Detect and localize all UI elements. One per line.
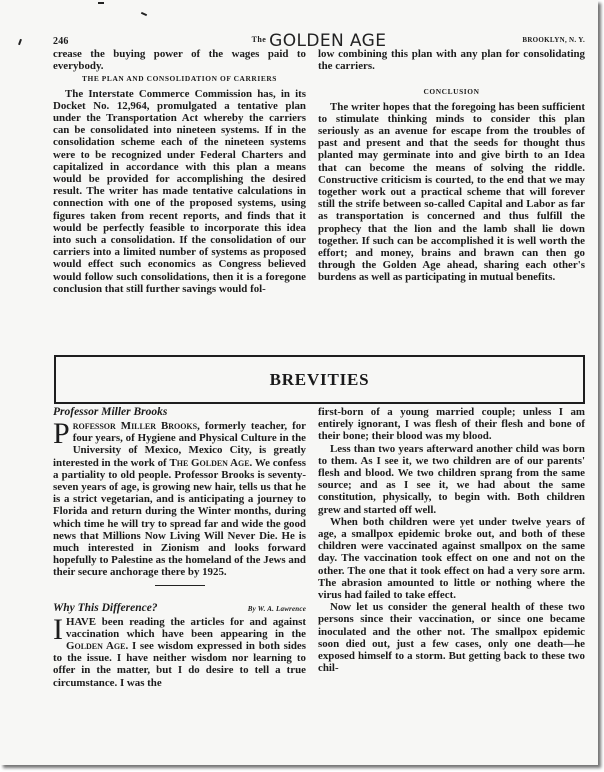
top-left-column: crease the buying power of the wages pai… [53, 48, 306, 295]
paragraph: The Interstate Commerce Commission has, … [53, 88, 306, 295]
continued-text: low combining this plan with any plan fo… [318, 48, 585, 72]
drop-cap: I [53, 617, 63, 642]
bottom-left-column: Professor Miller Brooks Professor Miller… [53, 406, 306, 689]
paragraph: first-born of a young married couple; un… [318, 406, 585, 443]
article-title: Professor Miller Brooks [53, 406, 306, 419]
bottom-right-column: first-born of a young married couple; un… [318, 406, 585, 674]
paragraph: The writer hopes that the foregoing has … [318, 101, 585, 284]
masthead-the: The [252, 35, 267, 44]
location: BROOKLYN, N. Y. [522, 36, 585, 44]
scan-speck [98, 2, 104, 4]
top-right-column: low combining this plan with any plan fo… [318, 48, 585, 284]
publication-name: Golden Age [66, 640, 125, 652]
section-title: BREVITIES [270, 370, 370, 390]
lead-smallcaps: rofessor Miller Brooks [73, 420, 197, 432]
scan-speck [18, 39, 22, 45]
byline: By W. A. Lawrence [248, 603, 306, 615]
section-subhead: CONCLUSION [318, 86, 585, 98]
divider-rule [155, 585, 205, 586]
article-body: Professor Miller Brooks, formerly teache… [53, 420, 306, 579]
paragraph: Less than two years afterward another ch… [318, 443, 585, 516]
drop-cap: P [53, 421, 70, 446]
scanned-page: 246 TheGOLDEN AGE BROOKLYN, N. Y. crease… [0, 0, 598, 765]
article-header: Why This Difference? By W. A. Lawrence [53, 602, 306, 616]
brevities-banner: BREVITIES [54, 355, 585, 404]
scan-speck [141, 12, 147, 16]
publication-name: The Golden Age [169, 457, 249, 469]
article-body: IHAVE been reading the articles for and … [53, 616, 306, 689]
body-text: HAVE been reading the articles for and a… [66, 616, 306, 640]
section-subhead: THE PLAN AND CONSOLIDATION OF CARRIERS [53, 73, 306, 85]
paragraph: Now let us consider the general health o… [318, 601, 585, 674]
continued-text: crease the buying power of the wages pai… [53, 48, 306, 72]
article-title: Why This Difference? [53, 602, 158, 615]
body-text: . We confess a partiality to old people.… [53, 457, 306, 579]
paragraph: When both children were yet under twelve… [318, 516, 585, 601]
